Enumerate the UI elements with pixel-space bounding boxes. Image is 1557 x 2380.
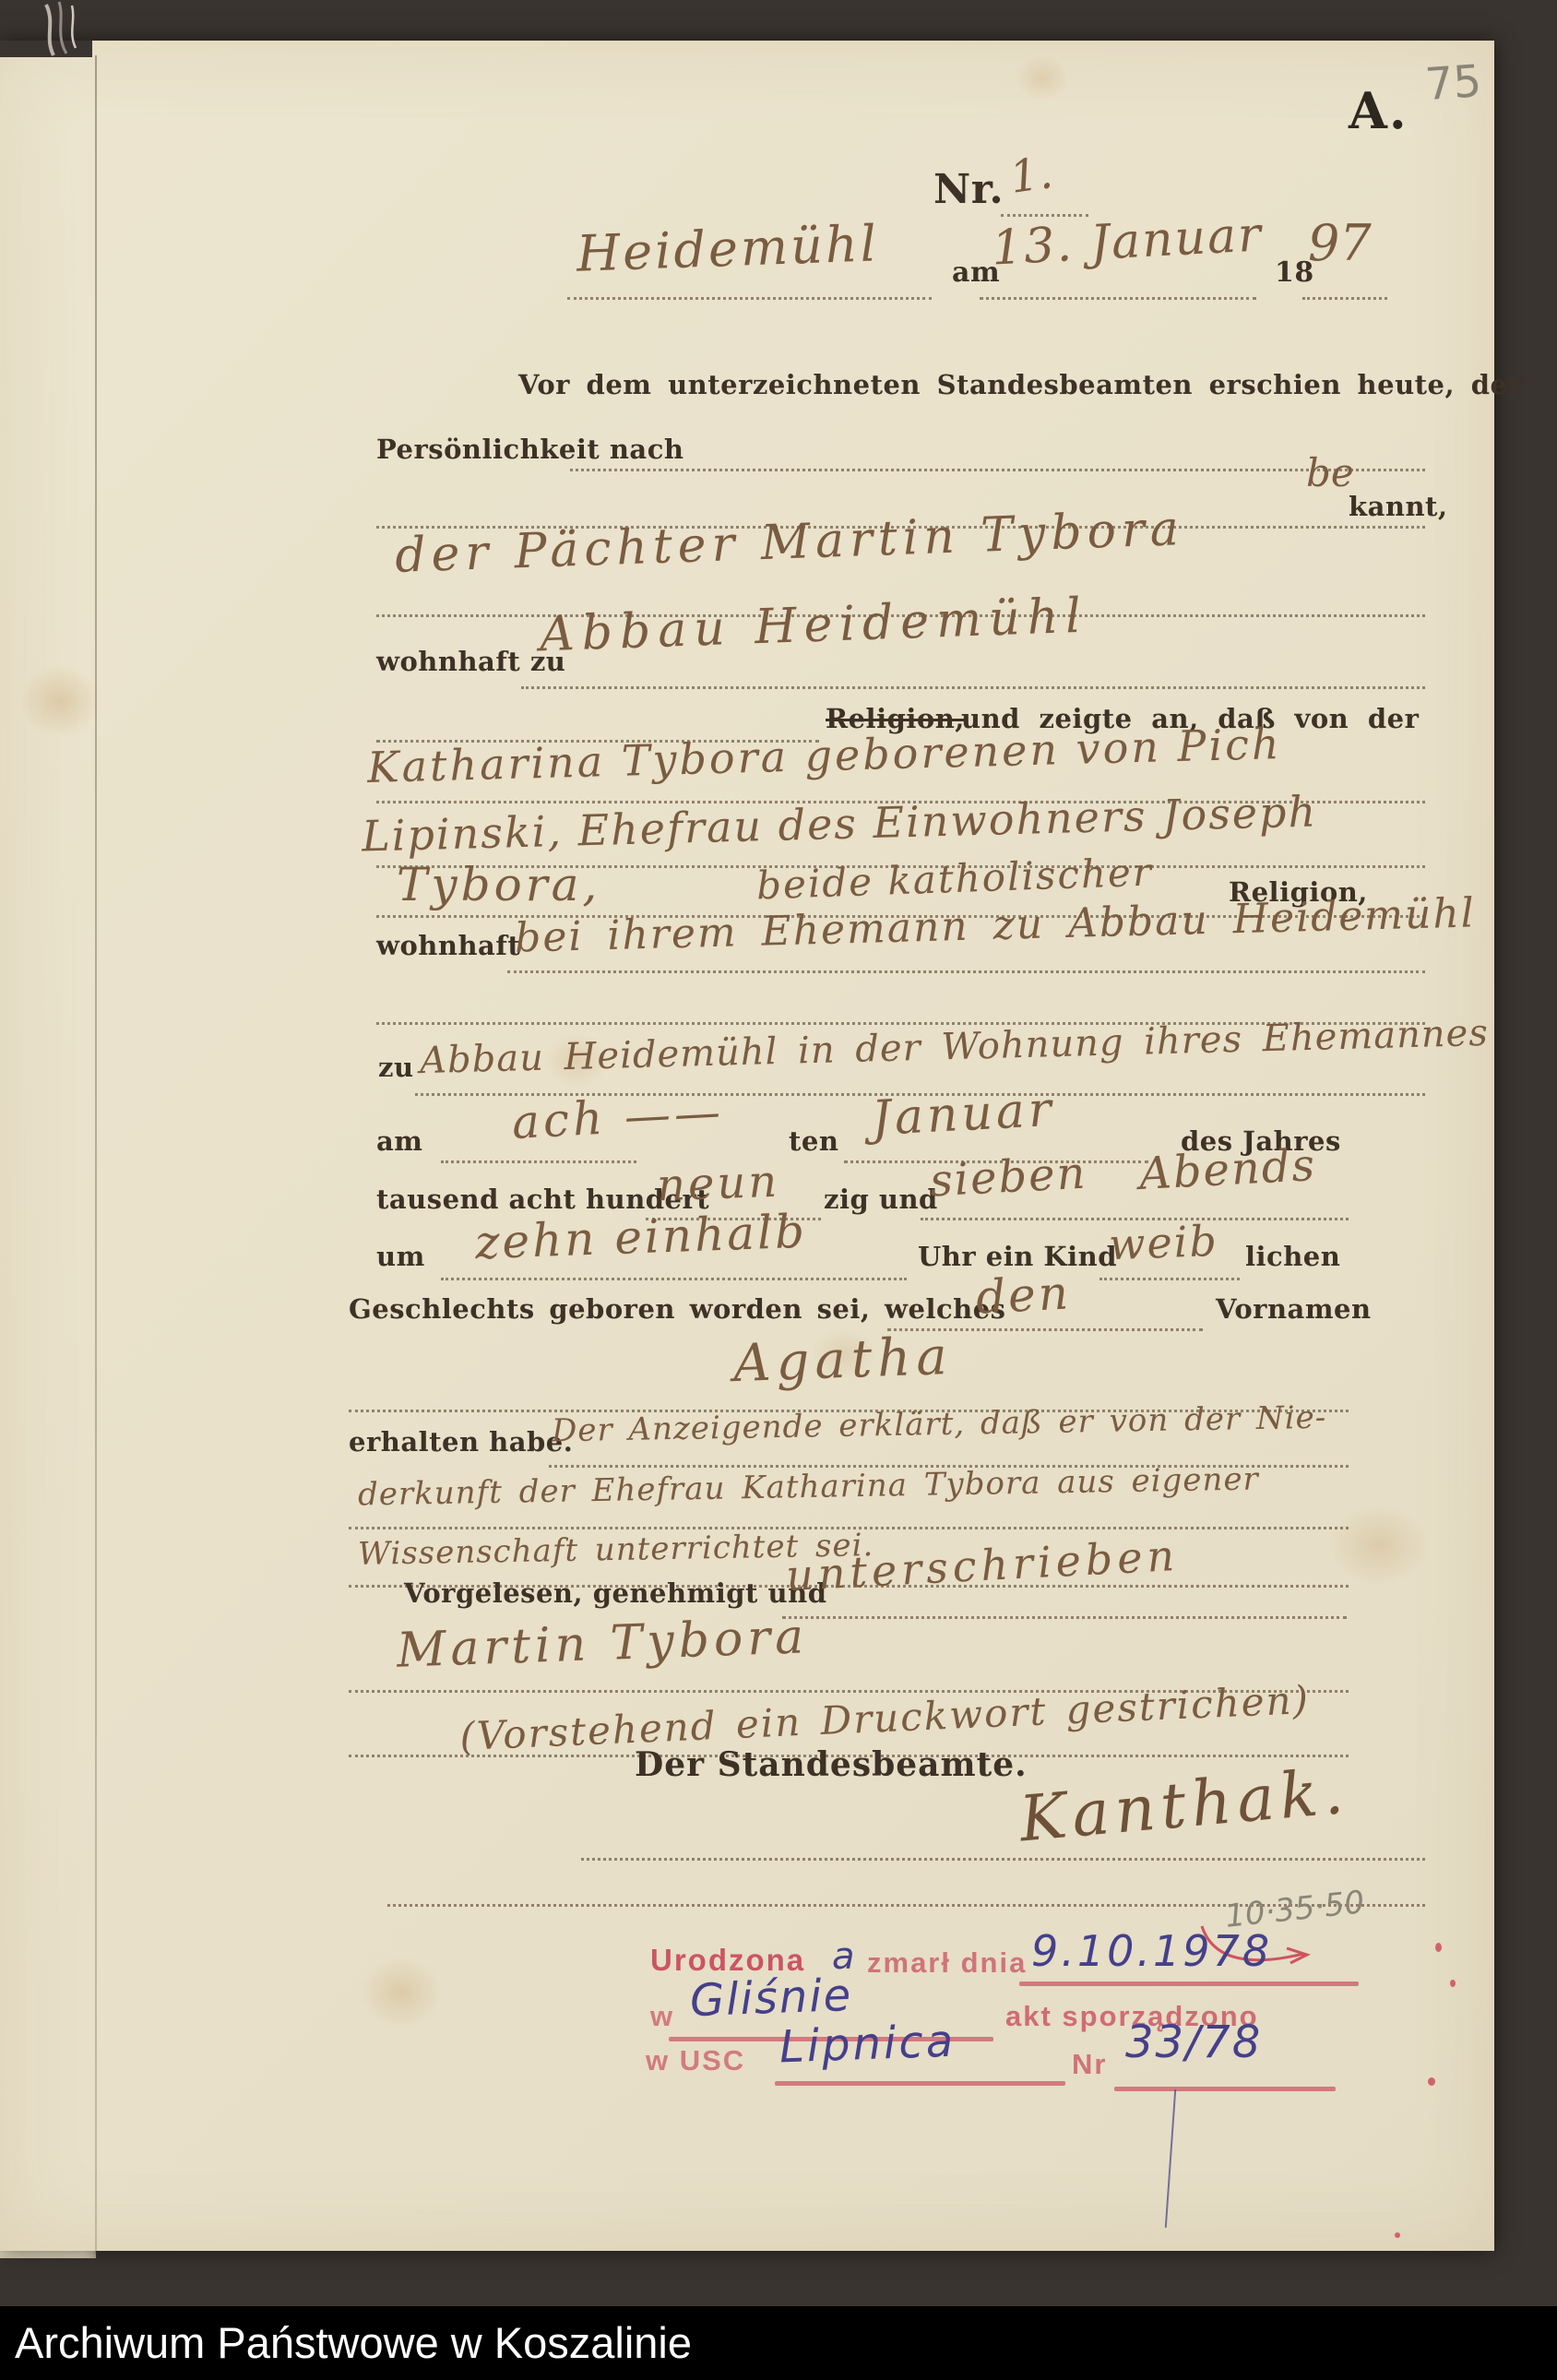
dotted-line — [581, 1858, 1425, 1861]
ten-label: ten — [789, 1125, 838, 1157]
stamp-rule-line — [1114, 2087, 1336, 2091]
dotted-line — [782, 1616, 1347, 1619]
dotted-line — [1099, 1278, 1240, 1280]
dotted-line — [567, 297, 932, 300]
dotted-line — [980, 297, 1256, 300]
year-unit-entry: sieben — [929, 1148, 1088, 1208]
uhr-ein-kind-label: Uhr ein Kind — [918, 1241, 1117, 1272]
ink-speck — [1428, 2077, 1435, 2086]
year-entry: 97 — [1308, 214, 1372, 272]
archive-name: Archiwum Państwowe w Koszalinie — [15, 2306, 692, 2380]
zig-und-label: zig und — [824, 1184, 938, 1215]
persoenlichkeit-label: Persönlichkeit nach — [376, 434, 683, 465]
be-entry: be — [1306, 450, 1354, 495]
archive-watermark-bar: Archiwum Państwowe w Koszalinie — [0, 2306, 1557, 2380]
wohnhaft-label: wohnhaft — [376, 930, 520, 961]
binding-thread-icon — [28, 0, 111, 65]
dotted-line — [507, 970, 1425, 973]
ink-speck — [1435, 1943, 1442, 1952]
kannt-label: kannt, — [1349, 491, 1448, 522]
dotted-line — [441, 1160, 636, 1163]
act-number-entry: 33/78 — [1125, 2017, 1262, 2068]
am-day-label: am — [376, 1125, 422, 1157]
lichen-label: lichen — [1245, 1241, 1340, 1272]
daypart-entry: Abends — [1138, 1139, 1318, 1200]
um-label: um — [376, 1241, 425, 1272]
stamp-zmarl-dnia-label: zmarł dnia — [867, 1946, 1027, 1980]
ink-speck — [1395, 2232, 1400, 2238]
death-date-entry: 9.10.1978 — [1031, 1926, 1272, 1976]
ink-speck — [1450, 1980, 1456, 1987]
zu-label: zu — [378, 1052, 414, 1083]
record-number-label: Nr. — [933, 166, 1004, 213]
birth-month-entry: Januar — [871, 1082, 1057, 1147]
dotted-line — [521, 686, 1425, 689]
stamp-w-usc-label: w USC — [646, 2044, 745, 2077]
standesbeamte-label: Der Standesbeamte. — [635, 1745, 1028, 1784]
birth-day-entry: ach —— — [511, 1085, 726, 1149]
geschlechts-line: Geschlechts geboren worden sei, welches — [349, 1293, 1006, 1325]
pencil-folio-number: 75 — [1423, 55, 1483, 111]
record-number-entry: 1. — [1006, 147, 1055, 204]
form-series-letter: A. — [1349, 81, 1408, 140]
dotted-line — [1302, 297, 1387, 300]
place-entry: Heidemühl — [576, 214, 880, 282]
vornamen-label: Vornamen — [1216, 1293, 1372, 1325]
child-name-entry: Agatha — [732, 1327, 954, 1394]
dotted-line — [441, 1278, 907, 1280]
intro-line: Vor dem unterzeichneten Standesbeamten e… — [518, 369, 1522, 400]
stamp-nr-label: Nr — [1072, 2048, 1107, 2081]
stamp-rule-line — [1019, 1981, 1359, 1986]
erhalten-habe-label: erhalten habe. — [349, 1426, 573, 1458]
archival-scan: A. 75 Nr. 1. Heidemühl am 13. Januar 18 … — [0, 0, 1557, 2380]
stamp-rule-line — [775, 2081, 1065, 2086]
wohnhaft-zu-label: wohnhaft zu — [376, 646, 565, 677]
usc-office-entry: Lipnica — [778, 2016, 957, 2074]
stamp-w-label: w — [650, 2000, 674, 2033]
year-decade-entry: neun — [656, 1156, 780, 1212]
dotted-line — [570, 469, 1425, 471]
page-fold-seam — [95, 55, 97, 2255]
death-place-entry: Gliśnie — [689, 1969, 853, 2027]
sex-entry: weib — [1108, 1216, 1219, 1269]
mother-surname-entry: Tybora, — [397, 858, 600, 911]
vorgelesen-label: Vorgelesen, genehmigt und — [404, 1577, 826, 1609]
den-entry: den — [975, 1266, 1073, 1324]
